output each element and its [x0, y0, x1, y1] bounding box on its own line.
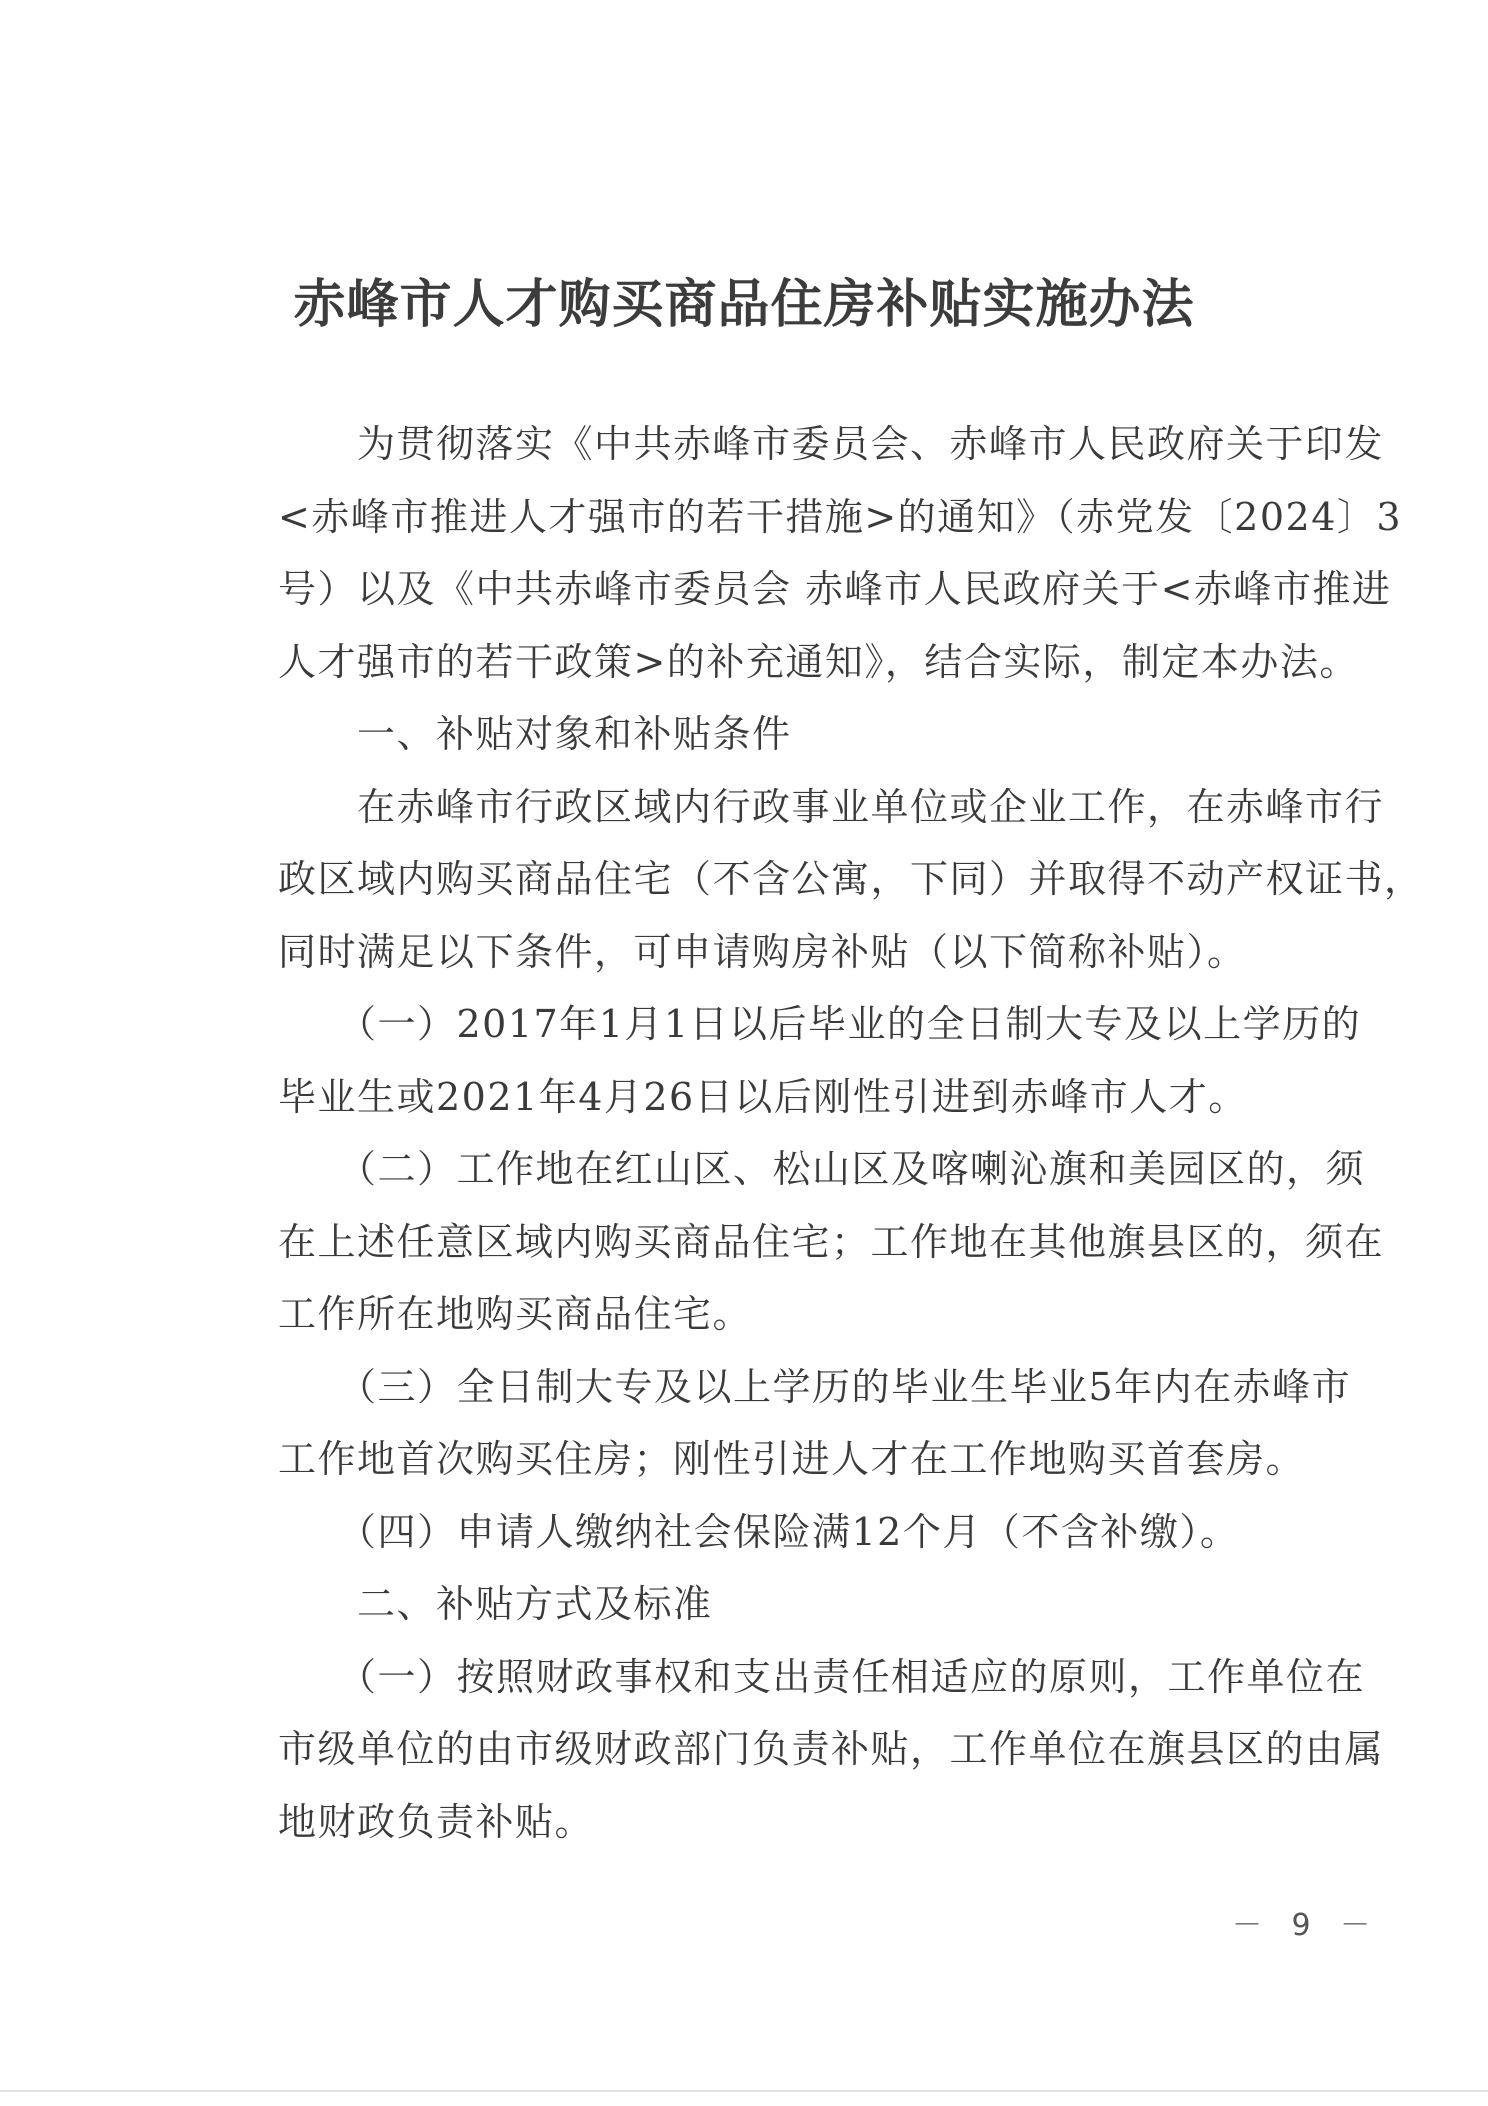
body-line: 号）以及《中共赤峰市委员会 赤峰市人民政府关于<赤峰市推进: [278, 553, 1308, 626]
document-page: 赤峰市人才购买商品住房补贴实施办法 为贯彻落实《中共赤峰市委员会、赤峰市人民政府…: [0, 0, 1488, 2106]
body-line: 在赤峰市行政区域内行政事业单位或企业工作，在赤峰市行: [278, 771, 1308, 844]
page-number: － 9 －: [1232, 1900, 1380, 1944]
body-line: 地财政负责补贴。: [278, 1786, 1308, 1859]
body-line: <赤峰市推进人才强市的若干措施>的通知》（赤党发〔2024〕3: [278, 481, 1308, 554]
document-body: 为贯彻落实《中共赤峰市委员会、赤峰市人民政府关于印发 <赤峰市推进人才强市的若干…: [278, 408, 1308, 1858]
body-line: 为贯彻落实《中共赤峰市委员会、赤峰市人民政府关于印发: [278, 408, 1308, 481]
body-line: （四）申请人缴纳社会保险满12个月（不含补缴）。: [278, 1496, 1308, 1569]
body-line: 在上述任意区域内购买商品住宅；工作地在其他旗县区的，须在: [278, 1206, 1308, 1279]
page-bottom-edge: [0, 2090, 1488, 2092]
body-line: 工作所在地购买商品住宅。: [278, 1278, 1308, 1351]
section-heading-1: 一、补贴对象和补贴条件: [278, 698, 1308, 771]
section-heading-2: 二、补贴方式及标准: [278, 1568, 1308, 1641]
body-line: 工作地首次购买住房；刚性引进人才在工作地购买首套房。: [278, 1423, 1308, 1496]
body-line: （三）全日制大专及以上学历的毕业生毕业5年内在赤峰市: [278, 1351, 1308, 1424]
body-line: （一）2017年1月1日以后毕业的全日制大专及以上学历的: [278, 988, 1308, 1061]
body-line: 政区域内购买商品住宅（不含公寓，下同）并取得不动产权证书，: [278, 843, 1308, 916]
body-line: 毕业生或2021年4月26日以后刚性引进到赤峰市人才。: [278, 1061, 1308, 1134]
body-line: 市级单位的由市级财政部门负责补贴，工作单位在旗县区的由属: [278, 1713, 1308, 1786]
document-title: 赤峰市人才购买商品住房补贴实施办法: [0, 262, 1488, 337]
body-line: 同时满足以下条件，可申请购房补贴（以下简称补贴）。: [278, 916, 1308, 989]
body-line: （二）工作地在红山区、松山区及喀喇沁旗和美园区的，须: [278, 1133, 1308, 1206]
body-line: （一）按照财政事权和支出责任相适应的原则，工作单位在: [278, 1641, 1308, 1714]
body-line: 人才强市的若干政策>的补充通知》，结合实际，制定本办法。: [278, 626, 1308, 699]
